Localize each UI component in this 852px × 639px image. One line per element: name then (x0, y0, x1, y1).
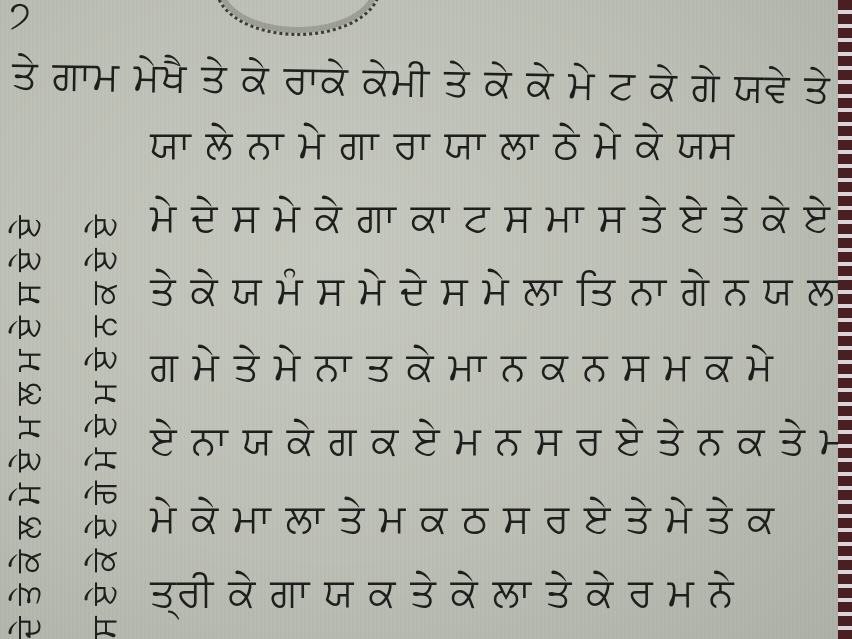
seal-stamp (215, 0, 381, 36)
margin-line-1: ਦੇ ਤੇ ਕੇ ਲ ਮੇ ਏ ਮ ਲ ਮ ਏ ਸ ਏ ਏ (8, 216, 48, 639)
manuscript-line-5: ਗ ਮੇ ਤੇ ਮੇ ਨਾ ਤ ਕੇ ਮਾ ਨ ਕ ਨ ਸ ਮ ਕ ਮੇ (150, 344, 774, 390)
manuscript-paper: ੭ ਤੇ ਗਾਮ ਮੇਖੈ ਤੇ ਕੇ ਰਾਕੇ ਕੇਮੀ ਤੇ ਕੇ ਕੇ ਮ… (0, 0, 838, 639)
corner-numeral: ੭ (5, 0, 35, 38)
manuscript-line-7: ਮੇ ਕੇ ਮਾ ਲਾ ਤੇ ਮ ਕ ਠ ਸ ਰ ਏ ਤੇ ਮੇ ਤੇ ਕ (150, 496, 775, 542)
manuscript-line-8: ਤ੍ਰੀ ਕੇ ਗਾ ਯ ਕ ਤੇ ਕੇ ਲਾ ਤੇ ਕੇ ਰ ਮ ਨੇ (150, 570, 735, 616)
manuscript-line-3: ਮੇ ਦੇ ਸ ਮੇ ਕੇ ਗਾ ਕਾ ਟ ਸ ਮਾ ਸ ਤੇ ਏ ਤੇ ਕੇ … (150, 195, 831, 241)
manuscript-line-1: ਤੇ ਗਾਮ ਮੇਖੈ ਤੇ ਕੇ ਰਾਕੇ ਕੇਮੀ ਤੇ ਕੇ ਕੇ ਮੇ … (12, 52, 852, 113)
manuscript-line-6: ਏ ਨਾ ਯ ਕੇ ਗ ਕ ਏ ਮ ਨ ਸ ਰ ਏ ਤੇ ਨ ਕ ਤੇ ਮ (150, 418, 847, 464)
binding-edge (838, 0, 852, 639)
manuscript-line-4: ਤੇ ਕੇ ਯ ਮੰ ਸ ਮੇ ਦੇ ਸ ਮੇ ਲਾ ਤਿ ਨਾ ਗੇ ਨ ਯ … (150, 268, 847, 314)
margin-line-2: ਸ ਏ ਕੇ ਏ ਗੇ ਮੇ ਏ ਮ ਏ ਨ ਕ ਏ ਏ (84, 215, 124, 639)
manuscript-line-2: ਯਾ ਲੇ ਨਾ ਮੇ ਗਾ ਰਾ ਯਾ ਲਾ ਠੇ ਮੇ ਕੇ ਯਸ (150, 122, 735, 168)
